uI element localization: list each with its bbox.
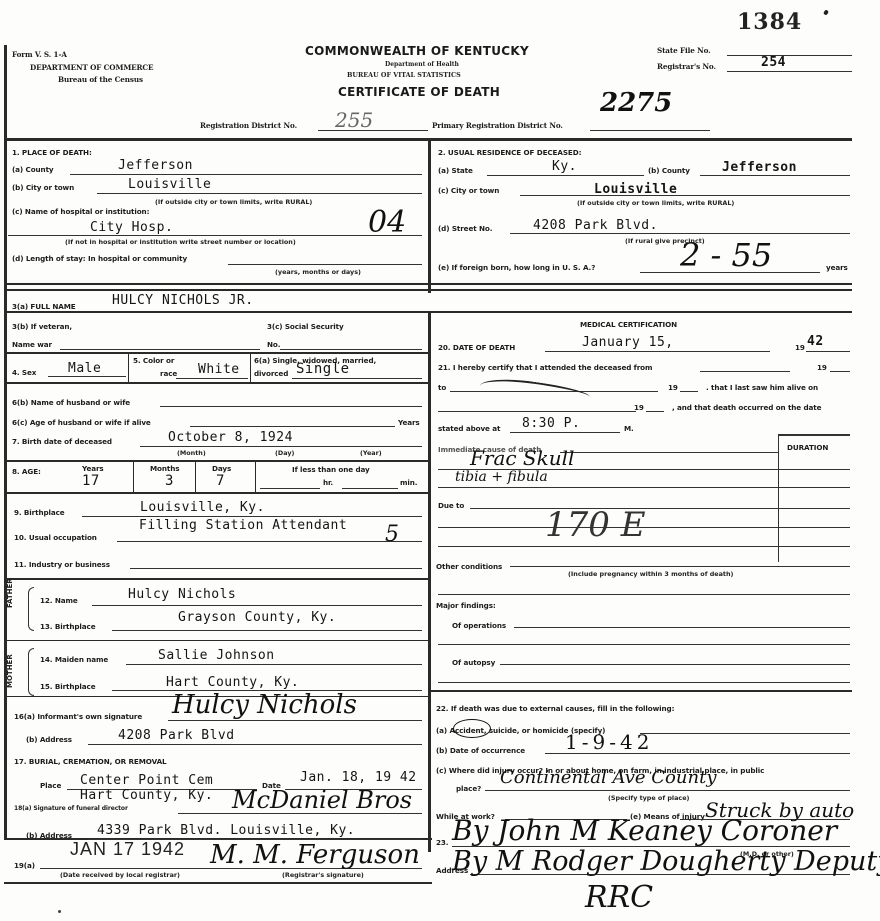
burial-date-value: Jan. 18, 19 42 — [300, 770, 417, 785]
certify-to: to — [438, 383, 446, 392]
state-file-no-label: State File No. — [657, 46, 711, 55]
operations-label: Of operations — [452, 621, 506, 630]
state-department: Department of Health — [385, 61, 459, 68]
accident-circle — [453, 719, 491, 738]
mother-birthplace-label: 15. Birthplace — [40, 682, 95, 691]
informant-address-label: (b) Address — [26, 735, 72, 744]
director-address-label: (b) Address — [26, 831, 72, 840]
registration-district-value: 255 — [335, 108, 373, 132]
months-value: 3 — [165, 473, 174, 489]
duration-label: DURATION — [787, 443, 828, 452]
birth-day-note: (Day) — [275, 449, 294, 457]
full-name-value: HULCY NICHOLS JR. — [112, 293, 254, 308]
residence-city-value: Louisville — [594, 182, 677, 197]
deputy-signature: By M Rodger Dougherty Deputy — [452, 846, 880, 877]
hospital-note: (If not in hospital or institution write… — [65, 238, 296, 246]
time-of-death: 8:30 P. — [522, 416, 580, 431]
autopsy-label: Of autopsy — [452, 658, 495, 667]
certify-line-2: . that I last saw him alive on — [706, 383, 818, 392]
stated-above-label: stated above at — [438, 424, 500, 433]
residence-heading: 2. USUAL RESIDENCE OF DECEASED: — [438, 148, 581, 157]
stay-label: (d) Length of stay: In hospital or commu… — [12, 254, 187, 263]
due-to-label: Due to — [438, 501, 464, 510]
name-war-label: Name war — [12, 340, 52, 349]
days-value: 7 — [216, 473, 225, 489]
date-received-stamp: JAN 17 1942 — [70, 839, 185, 860]
father-name-value: Hulcy Nichols — [128, 587, 236, 602]
residence-county-value: Jefferson — [722, 160, 797, 175]
coroner-signature: By John M Keaney Coroner — [452, 814, 837, 847]
other-conditions-label: Other conditions — [436, 562, 502, 571]
residence-city-label: (c) City or town — [438, 186, 499, 195]
years-value: 17 — [82, 473, 100, 489]
birth-month-note: (Month) — [177, 449, 206, 457]
other-conditions-note: (Include pregnancy within 3 months of de… — [568, 570, 733, 578]
min-label: min. — [400, 478, 417, 487]
where-note: (Specify type of place) — [608, 794, 689, 802]
state-bureau: BUREAU OF VITAL STATISTICS — [347, 71, 461, 79]
ink-mark — [823, 9, 829, 15]
mother-birthplace-value: Hart County, Ky. — [166, 675, 299, 690]
form-id: Form V. S. 1-A — [12, 50, 67, 59]
spouse-name-label: 6(b) Name of husband or wife — [12, 398, 130, 407]
sex-label: 4. Sex — [12, 368, 36, 377]
death-county-value: Jefferson — [118, 158, 193, 173]
funeral-director-label: 18(a) Signature of funeral director — [14, 805, 128, 812]
birth-year-note: (Year) — [360, 449, 382, 457]
color-label-2: race — [160, 369, 177, 378]
foreign-born-label: (e) If foreign born, how long in U. S. A… — [438, 263, 595, 272]
ss-no-label: No. — [267, 340, 280, 349]
informant-address-value: 4208 Park Blvd — [118, 728, 235, 743]
informant-signature: Hulcy Nichols — [172, 690, 357, 720]
burial-heading: 17. BURIAL, CREMATION, OR REMOVAL — [14, 757, 167, 766]
days-label: Days — [212, 464, 231, 473]
ink-dot — [58, 910, 61, 913]
age-label: 8. AGE: — [12, 467, 41, 476]
mother-brace — [28, 648, 34, 696]
informant-signature-label: 16(a) Informant's own signature — [14, 712, 142, 721]
marital-label-2: divorced — [254, 369, 288, 378]
duration-box — [778, 434, 850, 562]
certify-line-1: 21. I hereby certify that I attended the… — [438, 363, 652, 372]
primary-district-label: Primary Registration District No. — [432, 121, 563, 130]
sex-value: Male — [68, 361, 101, 376]
years-label: Years — [82, 464, 104, 473]
date-of-death-year: 42 — [807, 334, 824, 349]
date-of-death-value: January 15, — [582, 335, 674, 350]
residence-state-label: (a) State — [438, 166, 473, 175]
death-county-label: (a) County — [12, 165, 54, 174]
external-causes-heading: 22. If death was due to external causes,… — [436, 704, 674, 713]
residence-street-value: 4208 Park Blvd. — [533, 218, 658, 233]
color-label-1: 5. Color or — [133, 356, 174, 365]
birthplace-label: 9. Birthplace — [14, 508, 65, 517]
father-name-label: 12. Name — [40, 596, 78, 605]
father-brace — [28, 587, 34, 631]
residence-city-note: (If outside city or town limits, write R… — [577, 199, 734, 207]
date-of-death-year-prefix: 19 — [795, 343, 805, 352]
occupation-label: 10. Usual occupation — [14, 533, 97, 542]
immediate-cause-2: tibia + fibula — [455, 469, 548, 485]
social-security-label: 3(c) Social Security — [267, 322, 344, 331]
certify-line-3: , and that death occurred on the date — [672, 403, 821, 412]
certify-19a: 19 — [817, 363, 827, 372]
foreign-born-unit: years — [826, 263, 848, 272]
margin-code-04: 04 — [368, 205, 406, 240]
registrar-no-value: 254 — [761, 55, 786, 70]
certify-19c: 19 — [634, 403, 644, 412]
pen-stroke — [480, 374, 591, 403]
department-name: DEPARTMENT OF COMMERCE — [30, 63, 153, 72]
certificate-title: CERTIFICATE OF DEATH — [338, 85, 500, 99]
medical-certification-heading: MEDICAL CERTIFICATION — [580, 320, 677, 329]
less-than-day-label: If less than one day — [292, 465, 370, 474]
date-received-note: (Date received by local registrar) — [60, 871, 180, 879]
occurrence-date-value: 1-9-42 — [565, 730, 653, 754]
where-label-2: place? — [456, 784, 481, 793]
occupation-value: Filling Station Attendant — [139, 518, 347, 533]
bureau-name: Bureau of the Census — [58, 75, 143, 84]
father-tag: FATHER — [6, 578, 14, 608]
stay-note: (years, months or days) — [275, 268, 361, 276]
director-address-value: 4339 Park Blvd. Louisville, Ky. — [97, 823, 355, 838]
color-value: White — [198, 362, 240, 377]
death-city-note: (If outside city or town limits, write R… — [155, 198, 312, 206]
time-suffix: M. — [624, 424, 634, 433]
months-label: Months — [150, 464, 179, 473]
hospital-label: (c) Name of hospital or institution: — [12, 207, 149, 216]
major-findings-label: Major findings: — [436, 601, 496, 610]
state-title: COMMONWEALTH OF KENTUCKY — [305, 44, 529, 58]
residence-county-label: (b) County — [648, 166, 690, 175]
registrar-signature: M. M. Ferguson — [210, 840, 420, 870]
date-of-death-label: 20. DATE OF DEATH — [438, 343, 515, 352]
death-city-value: Louisville — [128, 177, 211, 192]
initials: RRC — [585, 880, 653, 915]
veteran-label: 3(b) If veteran, — [12, 322, 72, 331]
death-city-label: (b) City or town — [12, 183, 74, 192]
birthplace-value: Louisville, Ky. — [140, 500, 265, 515]
mother-name-value: Sallie Johnson — [158, 648, 275, 663]
place-of-death-heading: 1. PLACE OF DEATH: — [12, 148, 92, 157]
father-birthplace-label: 13. Birthplace — [40, 622, 95, 631]
certify-19b: 19 — [668, 383, 678, 392]
spouse-age-label: 6(c) Age of husband or wife if alive — [12, 418, 151, 427]
father-birthplace-value: Grayson County, Ky. — [178, 610, 336, 625]
birth-date-value: October 8, 1924 — [168, 430, 293, 445]
primary-district-value: 2275 — [600, 88, 672, 118]
occurrence-date-label: (b) Date of occurrence — [436, 746, 525, 755]
where-value: Continental Ave County — [500, 767, 716, 788]
registrar-signature-note: (Registrar's signature) — [282, 871, 364, 879]
full-name-label: 3(a) FULL NAME — [12, 302, 76, 311]
burial-place-label: Place — [40, 781, 61, 790]
foreign-born-value: 2 - 55 — [680, 236, 772, 274]
registration-district-label: Registration District No. — [200, 121, 297, 130]
funeral-director-signature: McDaniel Bros — [232, 786, 412, 814]
hospital-value: City Hosp. — [90, 220, 173, 235]
signature-23-label: 23. — [436, 838, 448, 847]
immediate-cause-1: Frac Skull — [470, 446, 574, 470]
due-to-code: 170 E — [545, 505, 646, 545]
residence-state-value: Ky. — [552, 159, 577, 174]
industry-label: 11. Industry or business — [14, 560, 110, 569]
burial-place-value: Center Point Cem — [80, 773, 213, 788]
margin-code-5: 5 — [385, 522, 399, 547]
registrar-label: 19(a) — [14, 861, 35, 870]
residence-street-label: (d) Street No. — [438, 224, 492, 233]
mother-name-label: 14. Maiden name — [40, 655, 108, 664]
marital-value: Single — [296, 361, 350, 377]
registrar-no-label: Registrar's No. — [657, 62, 716, 71]
mother-tag: MOTHER — [6, 654, 14, 688]
birth-date-label: 7. Birth date of deceased — [12, 437, 112, 446]
burial-place-line-2: Hart County, Ky. — [80, 788, 213, 803]
spouse-age-unit: Years — [398, 418, 420, 427]
hr-label: hr. — [323, 478, 333, 487]
file-number-stamp: 1384 — [737, 9, 802, 35]
